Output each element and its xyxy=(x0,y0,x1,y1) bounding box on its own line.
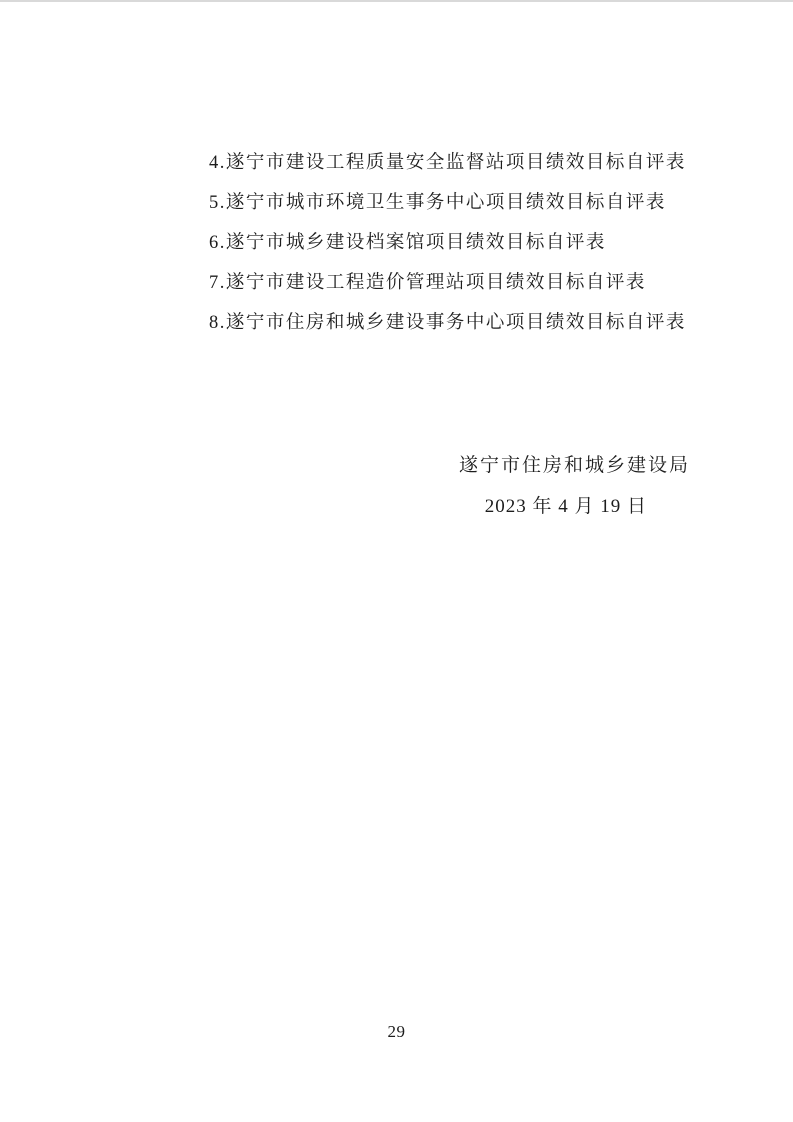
attachment-list-item: 7.遂宁市建设工程造价管理站项目绩效目标自评表 xyxy=(209,263,686,303)
signature-date: 2023 年 4 月 19 日 xyxy=(485,492,647,522)
signature-organization: 遂宁市住房和城乡建设局 xyxy=(459,451,690,481)
attachment-list: 4.遂宁市建设工程质量安全监督站项目绩效目标自评表 5.遂宁市城市环境卫生事务中… xyxy=(209,143,686,343)
page-number: 29 xyxy=(0,1020,793,1044)
attachment-list-item: 4.遂宁市建设工程质量安全监督站项目绩效目标自评表 xyxy=(209,143,686,183)
attachment-list-item: 8.遂宁市住房和城乡建设事务中心项目绩效目标自评表 xyxy=(209,303,686,343)
attachment-list-item: 6.遂宁市城乡建设档案馆项目绩效目标自评表 xyxy=(209,223,686,263)
document-page: 4.遂宁市建设工程质量安全监督站项目绩效目标自评表 5.遂宁市城市环境卫生事务中… xyxy=(0,0,793,1122)
attachment-list-item: 5.遂宁市城市环境卫生事务中心项目绩效目标自评表 xyxy=(209,183,686,223)
scan-edge-artifact xyxy=(0,0,793,2)
